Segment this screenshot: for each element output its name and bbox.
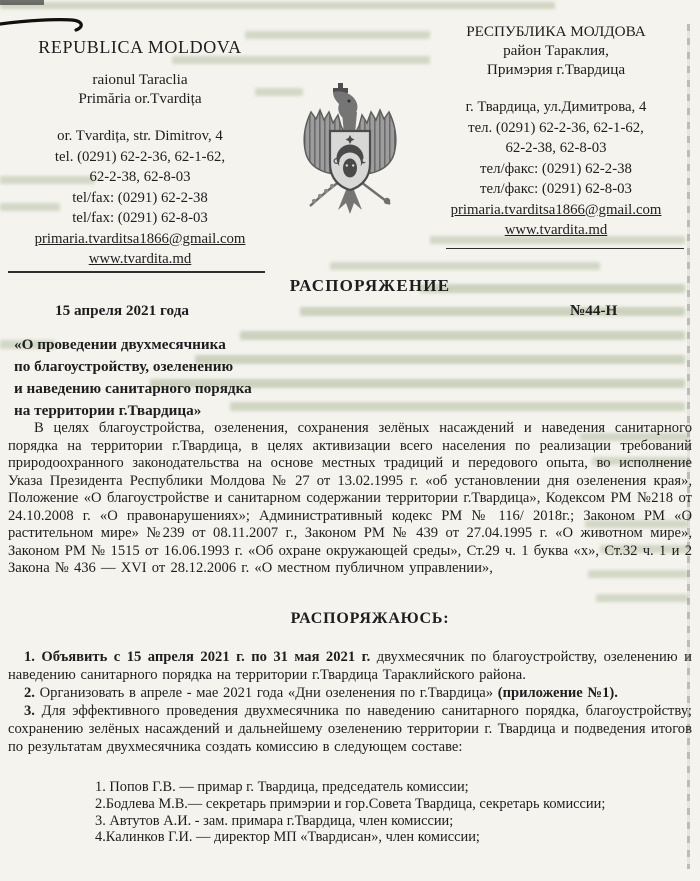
text-segment: Организовать в апреле - мае 2021 года «Д… xyxy=(35,685,498,701)
country-name-ru: РЕСПУБЛИКА МОЛДОВА xyxy=(420,22,692,41)
bleed-through-mark xyxy=(245,31,430,39)
address-ru: г. Твардица, ул.Димитрова, 4 xyxy=(420,97,692,118)
fax-line: tel/fax: (0291) 62-2-38 xyxy=(12,188,268,209)
text-segment: Для эффективного проведения двухмесячник… xyxy=(8,703,692,755)
document-type-title: РАСПОРЯЖЕНИЕ xyxy=(40,276,700,296)
commission-member: 2.Бодлева М.В.— секретарь примэрии и гор… xyxy=(95,796,605,813)
address-ro: or. Tvardița, str. Dimitrov, 4 xyxy=(12,126,268,147)
preamble-paragraph: В целях благоустройства, озеленения, сох… xyxy=(8,420,692,578)
commission-member: 1. Попов Г.В. — примар г. Твардица, пред… xyxy=(95,779,605,796)
bleed-through-mark xyxy=(230,402,685,411)
directive-item: 1. Объявить с 15 апреля 2021 г. по 31 ма… xyxy=(8,648,692,684)
moldova-coat-of-arms-icon xyxy=(297,82,403,238)
text-segment: 1. Объявить с 15 апреля 2021 г. по 31 ма… xyxy=(24,649,370,665)
directives-list: 1. Объявить с 15 апреля 2021 г. по 31 ма… xyxy=(8,648,692,756)
subject-line: и наведению санитарного порядка xyxy=(14,378,252,400)
phone-line: tel. (0291) 62-2-36, 62-1-62, xyxy=(12,147,268,168)
bleed-through-mark xyxy=(330,262,600,270)
phone-line: тел. (0291) 62-2-36, 62-1-62, xyxy=(420,118,692,139)
commission-member: 4.Калинков Г.И. — директор МП «Твардисан… xyxy=(95,829,605,846)
subject-line: «О проведении двухмесячника xyxy=(14,334,252,356)
commission-list: 1. Попов Г.В. — примар г. Твардица, пред… xyxy=(95,779,605,846)
bleed-through-mark xyxy=(195,355,685,364)
document-subject: «О проведении двухмесячникапо благоустро… xyxy=(14,334,252,422)
phone-line: 62-2-38, 62-8-03 xyxy=(12,167,268,188)
website-text: www.tvardita.md xyxy=(12,249,268,270)
order-heading: РАСПОРЯЖАЮСЬ: xyxy=(40,610,700,628)
subject-line: на территории г.Твардица» xyxy=(14,400,252,422)
district-name-ru: район Тараклия, xyxy=(420,41,692,60)
fax-line: тел/факс: (0291) 62-2-38 xyxy=(420,159,692,180)
phone-line: 62-2-38, 62-8-03 xyxy=(420,138,692,159)
letterhead-left: REPUBLICA MOLDOVA raionul Taraclia Primă… xyxy=(12,36,268,270)
district-name-ro: raionul Taraclia xyxy=(12,70,268,89)
document-date: 15 апреля 2021 года xyxy=(55,302,189,320)
email-text: primaria.tvarditsa1866@gmail.com xyxy=(420,200,692,221)
text-segment: 2. xyxy=(24,685,35,701)
scanned-document-page: REPUBLICA MOLDOVA raionul Taraclia Primă… xyxy=(0,0,700,881)
bleed-through-mark xyxy=(240,331,685,340)
letterhead-right: РЕСПУБЛИКА МОЛДОВА район Тараклия, Примэ… xyxy=(420,22,692,241)
bleed-through-mark xyxy=(300,307,685,316)
letterhead-divider-right xyxy=(446,248,684,249)
text-segment: 3. xyxy=(24,703,35,719)
letterhead-divider-left xyxy=(8,271,265,273)
website-text: www.tvardita.md xyxy=(420,220,692,241)
pen-mark xyxy=(0,8,95,38)
office-name-ru: Примэрия г.Твардица xyxy=(420,60,692,79)
bleed-through-mark xyxy=(596,594,688,602)
scan-smudge xyxy=(0,0,44,5)
directive-item: 2. Организовать в апреле - мае 2021 года… xyxy=(8,684,692,702)
text-segment: (приложение №1). xyxy=(498,685,618,701)
subject-line: по благоустройству, озеленению xyxy=(14,356,252,378)
fax-line: тел/факс: (0291) 62-8-03 xyxy=(420,179,692,200)
document-number: №44-Н xyxy=(570,302,617,320)
commission-member: 3. Автутов А.И. - зам. примара г.Твардиц… xyxy=(95,813,605,830)
fax-line: tel/fax: (0291) 62-8-03 xyxy=(12,208,268,229)
email-text: primaria.tvarditsa1866@gmail.com xyxy=(12,229,268,250)
country-name-ro: REPUBLICA MOLDOVA xyxy=(12,36,268,58)
office-name-ro: Primăria or.Tvardița xyxy=(12,89,268,108)
directive-item: 3. Для эффективного проведения двухмесяч… xyxy=(8,702,692,756)
